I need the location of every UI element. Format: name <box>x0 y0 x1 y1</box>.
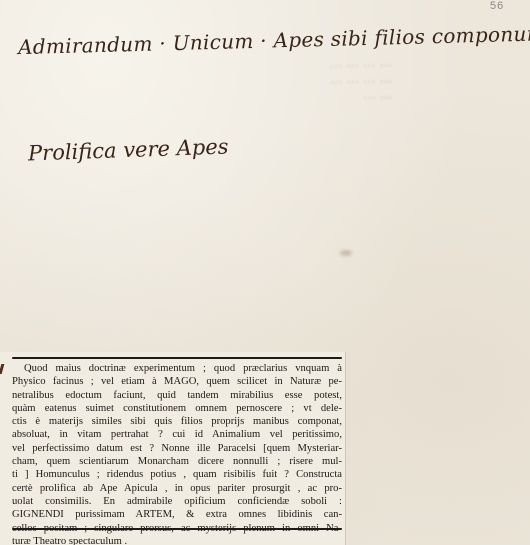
print-line: GIGNENDI purissimam ARTEM, & extra omnes… <box>12 508 342 521</box>
edge-mark <box>0 364 4 374</box>
bottom-rule <box>12 528 342 530</box>
print-line: cham, quem scientiarum Monarcham dicere … <box>12 455 342 468</box>
print-line: Quod maius doctrinæ experimentum ; quod … <box>12 362 342 375</box>
print-line: turæ Theatro spectaculum . <box>12 535 342 545</box>
page-number: 56 <box>490 0 504 12</box>
print-line: ctis è materijs similes sibi quis filios… <box>12 415 342 428</box>
bleed-through-text: ... ... ... ... ... ... ... ... ... ... <box>72 55 393 109</box>
top-rule <box>12 357 342 359</box>
print-line: quàm eatenus suimet constitutionem omnem… <box>12 402 342 415</box>
print-line: ti ] Homunculus ; ridendus potius , quam… <box>12 468 342 481</box>
handwritten-heading: Admirandum · Unicum · Apes sibi filios c… <box>18 21 530 59</box>
print-line: netralibus edoctum faciunt, quid tandem … <box>12 389 342 402</box>
ink-blot <box>340 250 352 256</box>
handwritten-note: Prolifica vere Apes <box>28 135 229 166</box>
print-line: uolat consimilis. En admirabile opificiu… <box>12 495 342 508</box>
print-line: absoluat, in vitam pertrahat ? cui id An… <box>12 428 342 441</box>
printed-text-block: Quod maius doctrinæ experimentum ; quod … <box>12 362 342 545</box>
print-line: vel perfectissimo datum est ? Nonne ille… <box>12 442 342 455</box>
printed-clipping: Quod maius doctrinæ experimentum ; quod … <box>0 352 345 545</box>
print-line: Physico facinus ; vel etiam à MAGO, quem… <box>12 375 342 388</box>
print-line: certè prolifica ab Ape Apicula , in opus… <box>12 482 342 495</box>
